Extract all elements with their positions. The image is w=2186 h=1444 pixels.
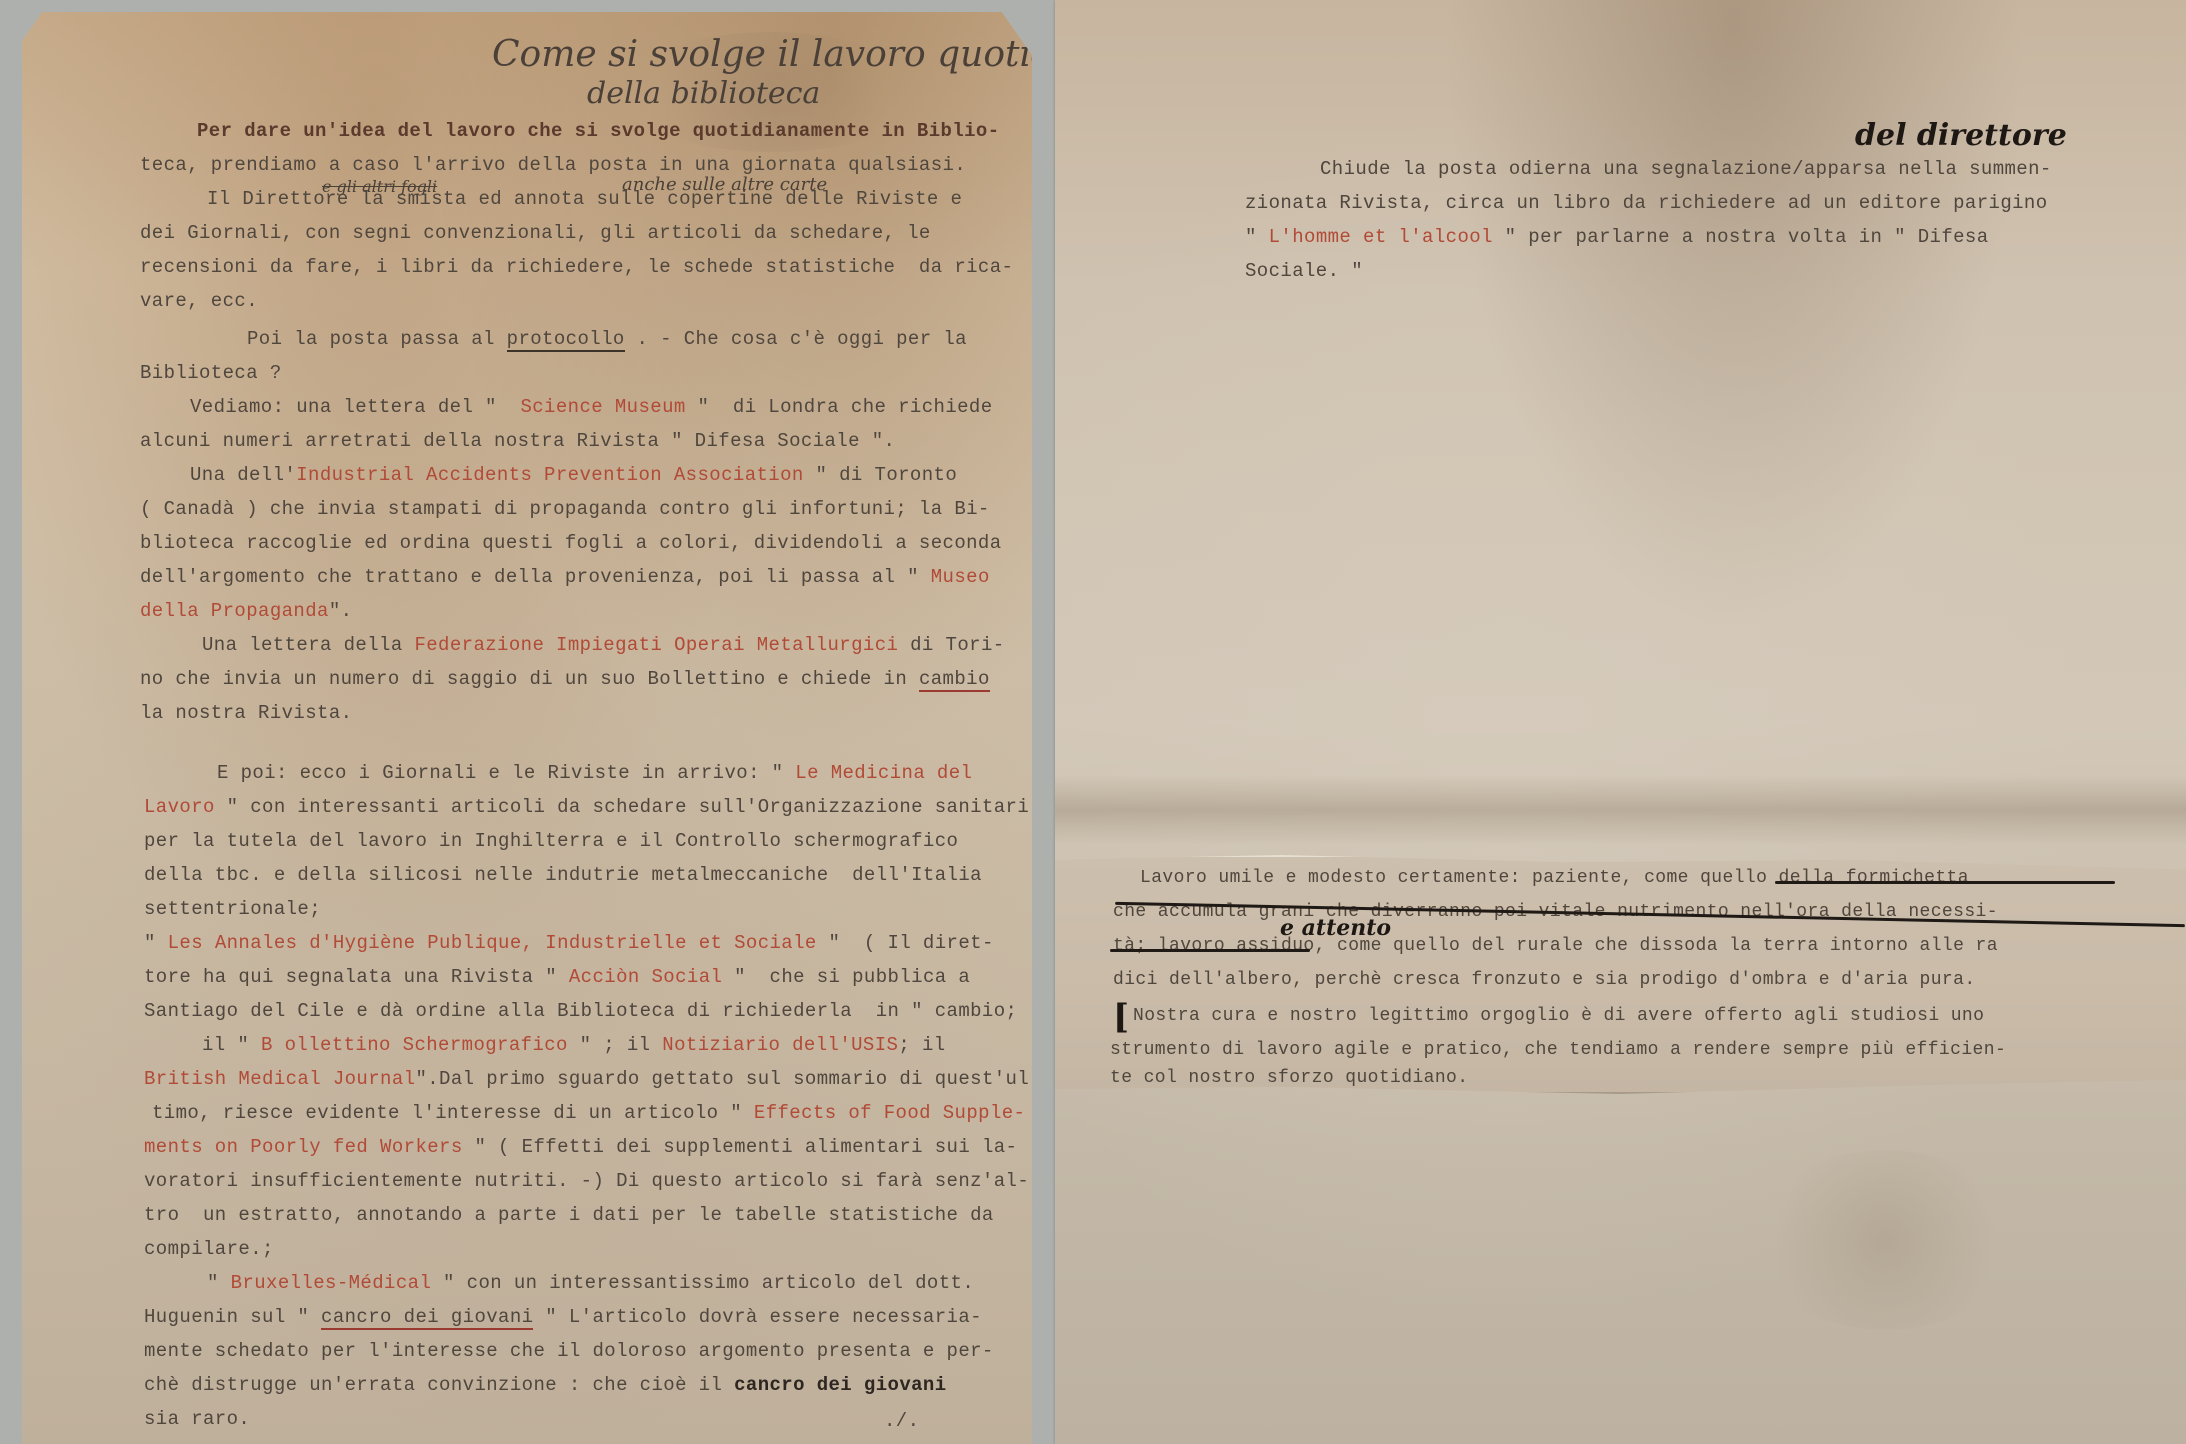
underlined-word-cambio: cambio [919,668,990,692]
typed-line: tro un estratto, annotando a parte i dat… [144,1206,994,1225]
page-continuation-mark: ./. [884,1412,919,1431]
typed-line: " Les Annales d'Hygiène Publique, Indust… [144,934,994,953]
text-run: " [1245,226,1269,248]
typed-line: tà; lavoro assiduo, come quello del rura… [1113,937,1998,955]
typed-line: " Bruxelles-Médical " con un interessant… [207,1274,974,1293]
text-run: " [207,1272,231,1294]
right-typewritten-page: del direttore Chiude la posta odierna un… [1055,0,2186,1444]
typed-line: Lavoro umile e modesto certamente: pazie… [1140,869,1969,887]
text-run: di Tori- [898,634,1004,656]
bracket-mark: [ [1113,997,1129,1037]
typed-line: Nostra cura e nostro legittimo orgoglio … [1133,1007,1984,1025]
text-run: ; il [898,1034,945,1056]
text-run: " di Londra che richiede [686,396,993,418]
text-run: " di Toronto [804,464,957,486]
text-run: " [144,932,168,954]
typed-line: " L'homme et l'alcool " per parlarne a n… [1245,228,1989,247]
bold-phrase-cancro: cancro dei giovani [734,1374,946,1396]
red-title-poorly-fed: ments on Poorly fed Workers [144,1136,463,1158]
typed-line: Una lettera della Federazione Impiegati … [202,636,1005,655]
text-run: " con un interessantissimo articolo del … [431,1272,974,1294]
red-title-propaganda: della Propaganda [140,600,329,622]
red-title-lavoro: Lavoro [144,796,215,818]
handwritten-insert-e-attento: e attento [1280,915,1391,941]
typed-line: Sociale. " [1245,262,1363,281]
paper-stain [1755,1150,2015,1330]
typed-line: E poi: ecco i Giornali e le Riviste in a… [217,764,972,783]
text-run: " ( Effetti dei supplementi alimentari s… [463,1136,1018,1158]
text-run: . - Che cosa c'è oggi per la [625,328,967,350]
typed-line: te col nostro sforzo quotidiano. [1110,1069,1468,1087]
typed-line: Per dare un'idea del lavoro che si svolg… [197,122,1000,141]
typed-line: vare, ecc. [140,292,258,311]
text-run: Vediamo: una lettera del " [190,396,520,418]
typed-line: ( Canadà ) che invia stampati di propaga… [140,500,990,519]
typed-line: zionata Rivista, circa un libro da richi… [1245,194,2048,213]
text-run: chè distrugge un'errata convinzione : ch… [144,1374,734,1396]
text-run: " che si pubblica a [722,966,970,988]
text-run: ".Dal primo sguardo gettato sul sommario… [415,1068,1029,1090]
typed-line: dell'argomento che trattano e della prov… [140,568,990,587]
text-run: Poi la posta passa al [247,328,507,350]
typed-line: mente schedato per l'interesse che il do… [144,1342,994,1361]
red-title-annales: Les Annales d'Hygiène Publique, Industri… [168,932,817,954]
handwritten-insert-del-direttore: del direttore [1855,118,2067,153]
typed-line: sia raro. [144,1410,250,1429]
text-run: ". [329,600,353,622]
typed-line: no che invia un numero di saggio di un s… [140,670,990,689]
typed-line: timo, riesce evidente l'interesse di un … [152,1104,1025,1123]
text-run: " con interessanti articoli da schedare … [215,796,1029,818]
typed-line: Huguenin sul " cancro dei giovani " L'ar… [144,1308,982,1327]
typed-line: alcuni numeri arretrati della nostra Riv… [140,432,895,451]
text-run: E poi: ecco i Giornali e le Riviste in a… [217,762,795,784]
typed-line: Biblioteca ? [140,364,282,383]
red-title-accion-social: Acciòn Social [569,966,722,988]
typed-line: Poi la posta passa al protocollo . - Che… [247,330,967,349]
text-run: Huguenin sul " [144,1306,321,1328]
red-title-effects: Effects of Food Supple- [754,1102,1025,1124]
text-run: dell'argomento che trattano e della prov… [140,566,931,588]
typed-line: dei Giornali, con segni convenzionali, g… [140,224,931,243]
text-run: timo, riesce evidente l'interesse di un … [152,1102,754,1124]
red-title-bruxelles-medical: Bruxelles-Médical [231,1272,432,1294]
text-run: il " [202,1034,261,1056]
red-title-iapa: Industrial Accidents Prevention Associat… [296,464,803,486]
left-typewritten-page: Come si svolge il lavoro quotidiano dell… [22,12,1032,1444]
typed-line: strumento di lavoro agile e pratico, che… [1110,1041,2006,1059]
red-title-bmj: British Medical Journal [144,1068,415,1090]
typed-line: Una dell'Industrial Accidents Prevention… [190,466,957,485]
typed-line: il " B ollettino Schermografico " ; il N… [202,1036,946,1055]
text-run: " ( Il diret- [817,932,994,954]
typed-line: Il Direttore la smista ed annota sulle c… [207,190,962,209]
text-run: " per parlarne a nostra volta in " Difes… [1493,226,1989,248]
text-run: Una dell' [190,464,296,486]
pasted-paper-strip: Lavoro umile e modesto certamente: pazie… [1055,855,2186,1094]
strikethrough-mark [1110,949,1310,952]
typed-line: per la tutela del lavoro in Inghilterra … [144,832,958,851]
text-run: tore ha qui segnalata una Rivista " [144,966,569,988]
red-title-usis: Notiziario dell'USIS [662,1034,898,1056]
underlined-word-protocollo: protocollo [507,328,625,352]
typed-line: Lavoro " con interessanti articoli da sc… [144,798,1029,817]
typed-line: settentrionale; [144,900,321,919]
text-run: no che invia un numero di saggio di un s… [140,668,919,690]
typed-line: la nostra Rivista. [140,704,352,723]
typed-line: tore ha qui segnalata una Rivista " Acci… [144,968,970,987]
underlined-phrase-cancro: cancro dei giovani [321,1306,533,1330]
typed-line: Vediamo: una lettera del " Science Museu… [190,398,993,417]
typed-line: compilare.; [144,1240,274,1259]
red-title-homme-alcool: L'homme et l'alcool [1269,226,1493,248]
red-title-museo: Museo [931,566,990,588]
text-run: " ; il [568,1034,662,1056]
typed-line: della Propaganda". [140,602,352,621]
red-title-science-museum: Science Museum [520,396,685,418]
handwritten-heading-line1: Come si svolge il lavoro quotidiano [492,34,1032,75]
typed-line: voratori insufficientemente nutriti. -) … [144,1172,1029,1191]
red-title-medicina-lavoro: Le Medicina del [795,762,972,784]
typed-line: della tbc. e della silicosi nelle indutr… [144,866,982,885]
typed-line: teca, prendiamo a caso l'arrivo della po… [140,156,966,175]
strikethrough-mark [1775,881,2115,884]
text-run: Una lettera della [202,634,414,656]
typed-line: chè distrugge un'errata convinzione : ch… [144,1376,947,1395]
typed-line: dici dell'albero, perchè cresca fronzuto… [1113,971,1976,989]
text-run: " L'articolo dovrà essere necessaria- [533,1306,981,1328]
handwritten-heading-line2: della biblioteca [587,76,820,111]
red-title-bollettino: B ollettino Schermografico [261,1034,568,1056]
typed-line: Santiago del Cile e dà ordine alla Bibli… [144,1002,1017,1021]
typed-line: Chiude la posta odierna una segnalazione… [1320,160,2052,179]
paper-crease [1055,775,2186,845]
typed-line: British Medical Journal".Dal primo sguar… [144,1070,1029,1089]
typed-line: blioteca raccoglie ed ordina questi fogl… [140,534,1002,553]
red-title-fiom: Federazione Impiegati Operai Metallurgic… [414,634,898,656]
typed-line: recensioni da fare, i libri da richieder… [140,258,1013,277]
typed-line: ments on Poorly fed Workers " ( Effetti … [144,1138,1017,1157]
